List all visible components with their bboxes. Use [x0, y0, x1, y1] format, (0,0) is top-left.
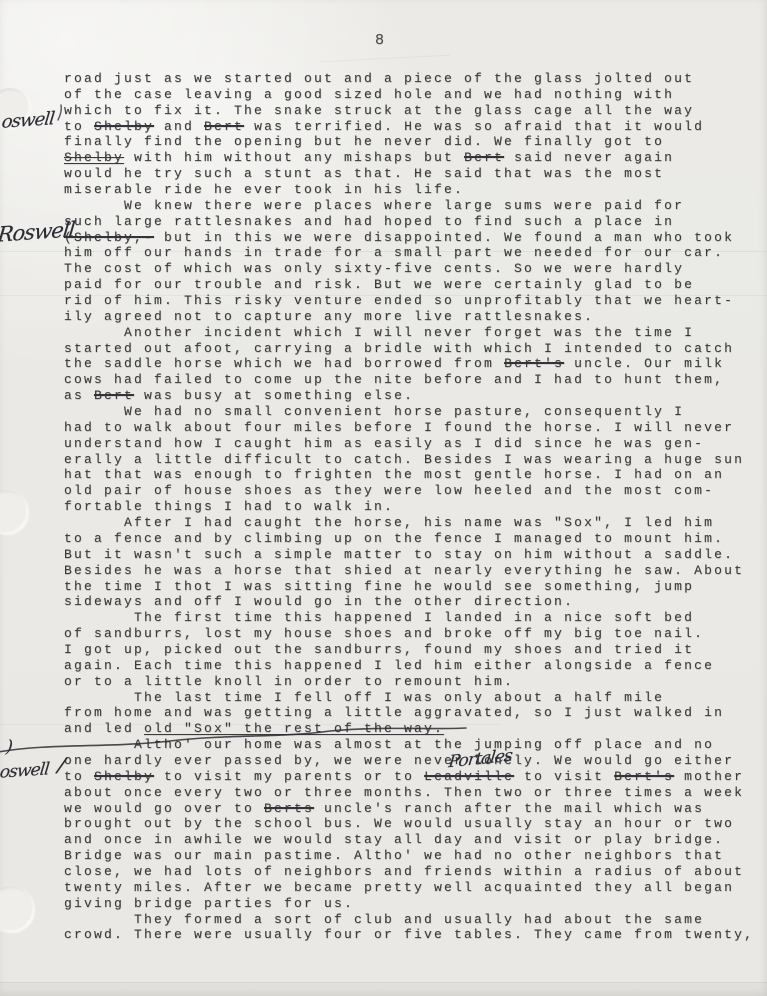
margin-note-roswell-1: oswell: [1, 108, 55, 133]
typed-segment: erally a little difficult to catch. Besi…: [64, 452, 744, 467]
typed-segment: old pair of house shoes as they were low…: [64, 483, 714, 498]
typed-segment: but in this we were disappointed. We fou…: [154, 230, 734, 245]
typed-segment: to: [64, 119, 94, 134]
typed-line: sideways and off I would go in the other…: [64, 594, 764, 610]
typed-segment-marked: (Shelby,-: [64, 230, 154, 245]
typed-line: ily agreed not to capture any more live …: [64, 309, 764, 325]
typed-segment: close, we had lots of neighbors and frie…: [64, 864, 744, 879]
typed-line: erally a little difficult to catch. Besi…: [64, 452, 764, 468]
typed-line: We knew there were places where large su…: [64, 198, 764, 214]
typed-line: I got up, picked out the sandburrs, foun…: [64, 642, 764, 658]
typed-line: about once every two or three months. Th…: [64, 785, 764, 801]
typed-line: (Shelby,- but in this we were disappoint…: [64, 230, 764, 246]
typed-segment: sideways and off I would go in the other…: [64, 594, 574, 609]
typed-segment: and once in awhile we would stay all day…: [64, 832, 724, 847]
typed-segment: We had no small convenient horse pasture…: [64, 404, 684, 419]
typed-segment: I got up, picked out the sandburrs, foun…: [64, 642, 694, 657]
typed-line: one hardly ever passed by, we were never…: [64, 753, 764, 769]
typed-segment: road just as we started out and a piece …: [64, 71, 694, 86]
typed-line: had to walk about four miles before I fo…: [64, 420, 764, 436]
typed-segment: to visit my parents or to: [154, 769, 424, 784]
typed-line: Besides he was a horse that shied at nea…: [64, 563, 764, 579]
typed-line: and once in awhile we would stay all day…: [64, 832, 764, 848]
typed-segment: paid for our trouble and risk. But we we…: [64, 277, 694, 292]
typed-segment: giving bridge parties for us.: [64, 896, 354, 911]
typed-segment: fortable things I had to walk in.: [64, 499, 394, 514]
typed-segment: finally find the opening but he never di…: [64, 134, 664, 149]
typed-line: started out afoot, carrying a bridle wit…: [64, 341, 764, 357]
typed-line: of the case leaving a good sized hole an…: [64, 87, 764, 103]
paper-crease: [0, 251, 767, 252]
typed-segment: one hardly ever passed by, we were never…: [64, 753, 734, 768]
typed-segment: Besides he was a horse that shied at nea…: [64, 563, 744, 578]
typed-line: fortable things I had to walk in.: [64, 499, 764, 515]
typed-segment-marked: Bert's: [504, 356, 564, 371]
typed-line: hat that was enough to frighten the most…: [64, 467, 764, 483]
typed-line: to Shelby and Bert was terrified. He was…: [64, 119, 764, 135]
typed-line: The cost of which was only sixty-five ce…: [64, 261, 764, 277]
typed-segment: uncle. Our milk: [564, 356, 724, 371]
typed-segment: Bridge was our main pastime. Altho' we h…: [64, 848, 724, 863]
typed-segment: with him without any mishaps but: [124, 150, 464, 165]
typed-segment: had to walk about four miles before I fo…: [64, 420, 734, 435]
typed-segment: hat that was enough to frighten the most…: [64, 467, 724, 482]
typed-segment: miserable ride he ever took in his life.: [64, 182, 464, 197]
typed-segment-marked: Shelby: [94, 119, 154, 134]
typed-line: brought out by the school bus. We would …: [64, 816, 764, 832]
typed-line: we would go over to Berts uncle's ranch …: [64, 801, 764, 817]
typed-segment: crowd. There were usually four or five t…: [64, 927, 754, 942]
typed-line: Another incident which I will never forg…: [64, 325, 764, 341]
typed-segment: twenty miles. After we became pretty wel…: [64, 880, 734, 895]
typed-segment: from home and was getting a little aggra…: [64, 705, 724, 720]
margin-paren-mark: ): [5, 737, 13, 757]
typed-segment: the saddle horse which we had borrowed f…: [64, 356, 504, 371]
punch-hole-middle: [0, 490, 28, 534]
typed-segment: uncle's ranch after the mail which was: [314, 801, 704, 816]
typed-line: from home and was getting a little aggra…: [64, 705, 764, 721]
typed-segment: which to fix it. The snake struck at the…: [64, 103, 694, 118]
typed-segment: After I had caught the horse, his name w…: [64, 515, 714, 530]
typed-text: road just as we started out and a piece …: [64, 71, 764, 943]
typed-line: We had no small convenient horse pasture…: [64, 404, 764, 420]
typed-segment: to visit: [514, 769, 614, 784]
typed-segment: ily agreed not to capture any more live …: [64, 309, 594, 324]
typed-line: would he try such a stunt as that. He sa…: [64, 166, 764, 182]
typed-segment: started out afoot, carrying a bridle wit…: [64, 341, 734, 356]
typed-segment: But it wasn't such a simple matter to st…: [64, 547, 734, 562]
typed-segment: was terrified. He was so afraid that it …: [244, 119, 704, 134]
typed-segment: of sandburrs, lost my house shoes and br…: [64, 626, 704, 641]
typed-segment: as: [64, 388, 94, 403]
margin-note-roswell-3: oswell: [0, 759, 50, 782]
page-number: 8: [0, 32, 760, 49]
typed-line: Shelby with him without any mishaps but …: [64, 150, 764, 166]
typed-segment: such large rattlesnakes and had hoped to…: [64, 214, 674, 229]
typed-line: of sandburrs, lost my house shoes and br…: [64, 626, 764, 642]
typed-segment-marked: Shelby: [64, 150, 124, 165]
typed-line: But it wasn't such a simple matter to st…: [64, 547, 764, 563]
typed-line: cows had failed to come up the nite befo…: [64, 372, 764, 388]
typed-line: which to fix it. The snake struck at the…: [64, 103, 764, 119]
typed-segment-marked: Bert: [464, 150, 504, 165]
typed-segment-marked: Leadville: [424, 769, 514, 784]
typed-line: understand how I caught him as easily as…: [64, 436, 764, 452]
typed-segment: They formed a sort of club and usually h…: [64, 912, 704, 927]
typed-segment: was busy at something else.: [134, 388, 414, 403]
typed-segment-marked: Bert: [204, 119, 244, 134]
typed-segment: or to a little knoll in order to remount…: [64, 674, 514, 689]
typed-line: The last time I fell off I was only abou…: [64, 690, 764, 706]
typed-line: Altho' our home was almost at the jumpin…: [64, 737, 764, 753]
typed-line: again. Each time this happened I led him…: [64, 658, 764, 674]
typed-line: as Bert was busy at something else.: [64, 388, 764, 404]
typed-line: finally find the opening but he never di…: [64, 134, 764, 150]
typed-line: him off our hands in trade for a small p…: [64, 245, 764, 261]
paper-crease: [0, 295, 767, 296]
typed-line: the saddle horse which we had borrowed f…: [64, 356, 764, 372]
typed-segment: him off our hands in trade for a small p…: [64, 245, 724, 260]
page-edge-shadow: [0, 982, 767, 996]
typed-segment: said never again: [504, 150, 674, 165]
typed-segment: The first time this happened I landed in…: [64, 610, 694, 625]
typed-line: Bridge was our main pastime. Altho' we h…: [64, 848, 764, 864]
typed-line: such large rattlesnakes and had hoped to…: [64, 214, 764, 230]
typed-segment: would he try such a stunt as that. He sa…: [64, 166, 664, 181]
paper-crease: [0, 724, 500, 725]
typed-segment: about once every two or three months. Th…: [64, 785, 744, 800]
typed-segment-marked: Berts: [264, 801, 314, 816]
typed-line: giving bridge parties for us.: [64, 896, 764, 912]
paper-crease: [320, 55, 450, 63]
typed-segment: to a fence and by climbing up on the fen…: [64, 531, 724, 546]
typed-segment: Another incident which I will never forg…: [64, 325, 694, 340]
typed-line: crowd. There were usually four or five t…: [64, 927, 764, 943]
typed-segment: Altho' our home was almost at the jumpin…: [64, 737, 714, 752]
typed-segment-marked: Shelby: [94, 769, 154, 784]
typed-segment: to: [64, 769, 94, 784]
typed-line: They formed a sort of club and usually h…: [64, 912, 764, 928]
typed-segment: understand how I caught him as easily as…: [64, 436, 704, 451]
typed-segment: brought out by the school bus. We would …: [64, 816, 734, 831]
typed-line: old pair of house shoes as they were low…: [64, 483, 764, 499]
typed-segment-marked: Bert's: [614, 769, 674, 784]
typed-segment: we would go over to: [64, 801, 264, 816]
typed-line: to a fence and by climbing up on the fen…: [64, 531, 764, 547]
typed-line: close, we had lots of neighbors and frie…: [64, 864, 764, 880]
typed-segment: the time I thot I was sitting fine he wo…: [64, 579, 694, 594]
typed-segment: mother: [674, 769, 744, 784]
scanned-typewritten-page: 8 road just as we started out and a piec…: [0, 0, 767, 996]
typed-line: After I had caught the horse, his name w…: [64, 515, 764, 531]
typed-line: the time I thot I was sitting fine he wo…: [64, 579, 764, 595]
typed-line: to Shelby to visit my parents or to Lead…: [64, 769, 764, 785]
typed-segment: The cost of which was only sixty-five ce…: [64, 261, 684, 276]
typed-segment-marked: Bert: [94, 388, 134, 403]
typed-line: or to a little knoll in order to remount…: [64, 674, 764, 690]
typed-line: twenty miles. After we became pretty wel…: [64, 880, 764, 896]
typed-line: road just as we started out and a piece …: [64, 71, 764, 87]
typed-segment: cows had failed to come up the nite befo…: [64, 372, 724, 387]
typed-line: miserable ride he ever took in his life.: [64, 182, 764, 198]
punch-hole-bottom: [0, 886, 34, 932]
typed-segment: and: [154, 119, 204, 134]
typed-segment: We knew there were places where large su…: [64, 198, 684, 213]
typed-line: The first time this happened I landed in…: [64, 610, 764, 626]
typed-segment: of the case leaving a good sized hole an…: [64, 87, 674, 102]
typed-line: paid for our trouble and risk. But we we…: [64, 277, 764, 293]
typed-segment: again. Each time this happened I led him…: [64, 658, 714, 673]
typed-segment: The last time I fell off I was only abou…: [64, 690, 664, 705]
